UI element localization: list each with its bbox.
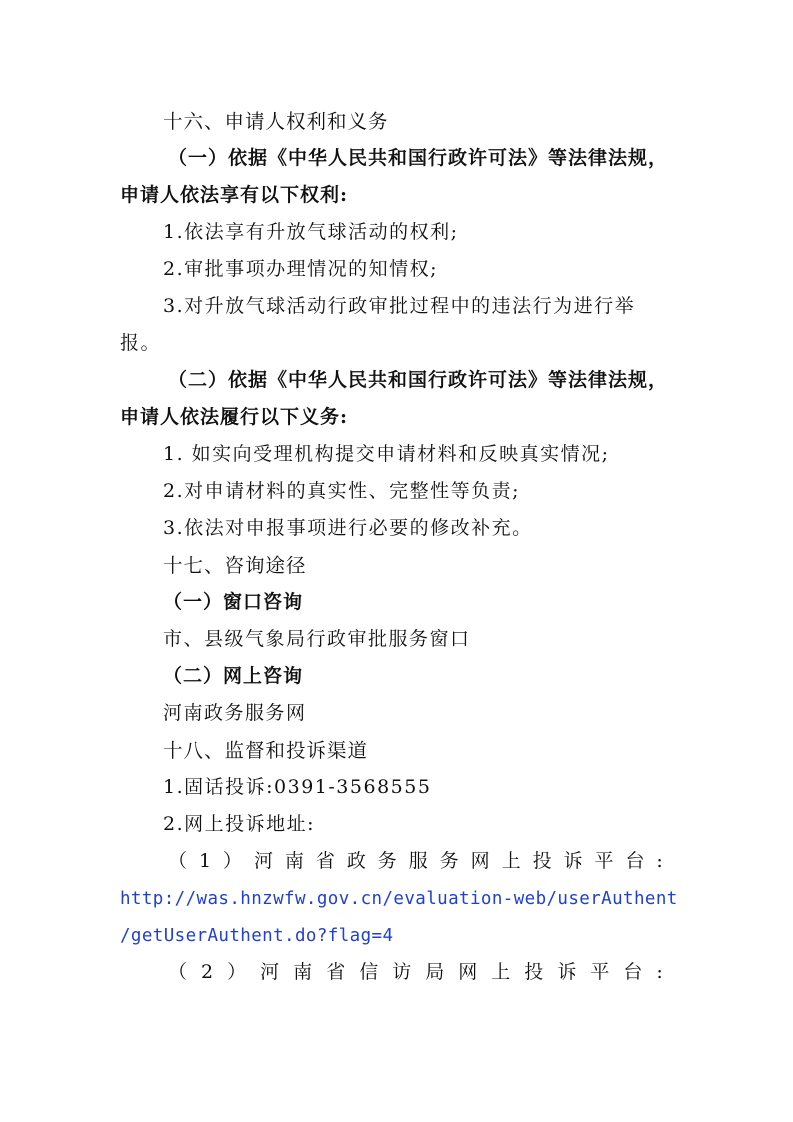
platform-1-url-row-1[interactable]: http://was.hnzwfw.gov.cn/evaluation-web/… bbox=[120, 880, 665, 917]
platform-2-label: （2）河南省信访局网上投诉平台: bbox=[168, 954, 665, 991]
section-16-title: 十六、申请人权利和义务 bbox=[120, 103, 665, 140]
complaint-phone: 1.固话投诉:0391-3568555 bbox=[120, 769, 665, 806]
window-consult-heading: （一）窗口咨询 bbox=[120, 584, 665, 621]
section-18-title: 十八、监督和投诉渠道 bbox=[120, 732, 665, 769]
rights-heading-line1: （一）依据《中华人民共和国行政许可法》等法律法规， bbox=[120, 140, 665, 177]
rights-item-1: 1.依法享有升放气球活动的权利; bbox=[120, 214, 665, 251]
document-page: 十六、申请人权利和义务 （一）依据《中华人民共和国行政许可法》等法律法规， 申请… bbox=[120, 103, 665, 991]
platform-2-label-row: （2）河南省信访局网上投诉平台: bbox=[120, 954, 665, 991]
duties-heading-line1: （二）依据《中华人民共和国行政许可法》等法律法规， bbox=[120, 362, 665, 399]
rights-item-3-continued: 报。 bbox=[120, 325, 665, 362]
section-17-title: 十七、咨询途径 bbox=[120, 547, 665, 584]
platform-1-label-row: （1）河南省政务服务网上投诉平台: bbox=[120, 843, 665, 880]
duties-heading-line2: 申请人依法履行以下义务: bbox=[120, 399, 665, 436]
platform-1-url-row-2[interactable]: /getUserAuthent.do?flag=4 bbox=[120, 917, 665, 954]
online-consult-heading: （二）网上咨询 bbox=[120, 658, 665, 695]
duties-item-3: 3.依法对申报事项进行必要的修改补充。 bbox=[120, 510, 665, 547]
online-consult-text: 河南政务服务网 bbox=[120, 695, 665, 732]
platform-1-url-link-part1[interactable]: http://was.hnzwfw.gov.cn/evaluation-web/… bbox=[120, 889, 678, 909]
window-consult-text: 市、县级气象局行政审批服务窗口 bbox=[120, 621, 665, 658]
rights-item-2: 2.审批事项办理情况的知情权; bbox=[120, 251, 665, 288]
platform-1-label: （1）河南省政务服务网上投诉平台: bbox=[168, 843, 665, 880]
duties-item-2: 2.对申请材料的真实性、完整性等负责; bbox=[120, 473, 665, 510]
complaint-online-label: 2.网上投诉地址: bbox=[120, 806, 665, 843]
rights-heading-line2: 申请人依法享有以下权利: bbox=[120, 177, 665, 214]
duties-item-1: 1. 如实向受理机构提交申请材料和反映真实情况; bbox=[120, 436, 665, 473]
platform-1-url-link-part2[interactable]: /getUserAuthent.do?flag=4 bbox=[120, 926, 393, 946]
rights-item-3: 3.对升放气球活动行政审批过程中的违法行为进行举 bbox=[120, 288, 665, 325]
